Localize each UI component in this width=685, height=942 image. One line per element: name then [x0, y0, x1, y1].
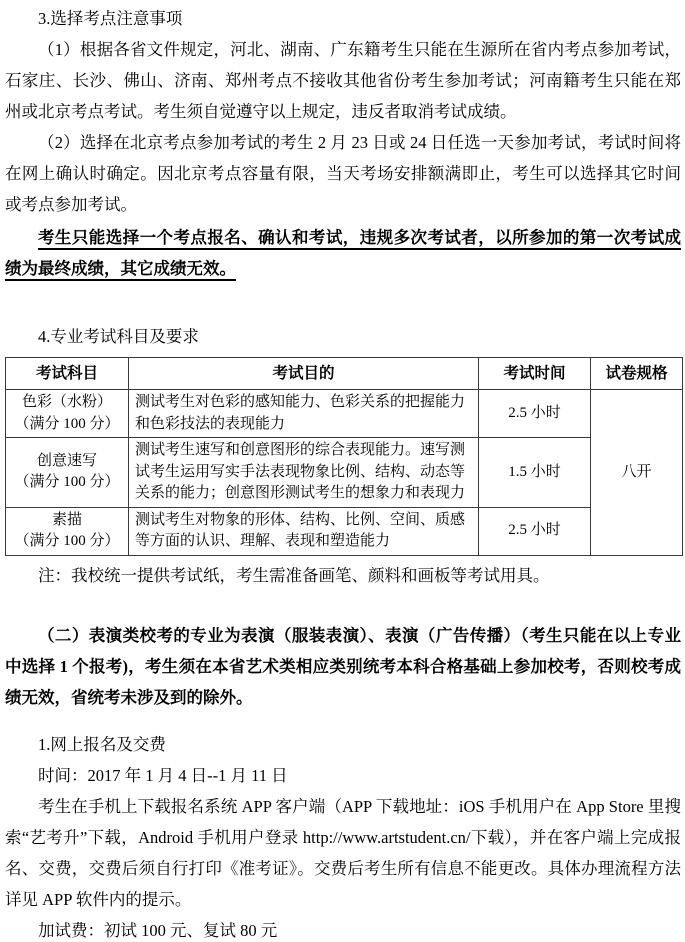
- paragraph-province-rules: （1）根据各省文件规定，河北、湖南、广东籍考生只能在生源所在省内考点参加考试，石…: [5, 34, 681, 127]
- exam-subjects-table: 考试科目 考试目的 考试时间 试卷规格 色彩（水粉） （满分 100 分） 测试…: [5, 357, 683, 556]
- table-row: 素描 （满分 100 分） 测试考生对物象的形体、结构、比例、空间、质感等方面的…: [6, 507, 683, 555]
- duration-cell: 2.5 小时: [479, 507, 591, 555]
- app-download-paragraph: 考生在手机上下载报名系统 APP 客户端（APP 下载地址：iOS 手机用户在 …: [5, 791, 681, 915]
- subject-score: （满分 100 分）: [12, 472, 122, 494]
- paragraph-beijing-site: （2）选择在北京考点参加考试的考生 2 月 23 日或 24 日任选一天参加考试…: [5, 127, 681, 220]
- subject-cell: 素描 （满分 100 分）: [6, 507, 129, 555]
- fee-line: 加试费：初试 100 元、复试 80 元: [5, 915, 681, 942]
- subject-name: 创意速写: [12, 451, 122, 473]
- header-exam-purpose: 考试目的: [129, 358, 479, 390]
- subject-name: 素描: [12, 510, 122, 532]
- header-exam-subject: 考试科目: [6, 358, 129, 390]
- subject-cell: 创意速写 （满分 100 分）: [6, 438, 129, 508]
- purpose-cell: 测试考生对色彩的感知能力、色彩关系的把握能力和色彩技法的表现能力: [129, 390, 479, 438]
- table-header-row: 考试科目 考试目的 考试时间 试卷规格: [6, 358, 683, 390]
- registration-time: 时间：2017 年 1 月 4 日--1 月 11 日: [5, 760, 681, 791]
- section4-heading: 4.专业考试科目及要求: [5, 321, 681, 352]
- section3-heading: 3.选择考点注意事项: [5, 3, 681, 34]
- purpose-cell: 测试考生对物象的形体、结构、比例、空间、质感等方面的认识、理解、表现和塑造能力: [129, 507, 479, 555]
- no-change-bold-segment: 交费后考生所有信息不能更改。: [314, 859, 548, 878]
- section2-performance-paragraph: （二）表演类校考的专业为表演（服装表演）、表演（广告传播）（考生只能在以上专业中…: [5, 620, 681, 713]
- duration-cell: 2.5 小时: [479, 390, 591, 438]
- header-exam-duration: 考试时间: [479, 358, 591, 390]
- purpose-cell: 测试考生速写和创意图形的综合表现能力。速写测试考生运用写实手法表现物象比例、结构…: [129, 438, 479, 508]
- duration-cell: 1.5 小时: [479, 438, 591, 508]
- subject-name: 色彩（水粉）: [12, 392, 122, 414]
- header-paper-size: 试卷规格: [591, 358, 683, 390]
- table-note: 注：我校统一提供考试纸，考生需准备画笔、颜料和画板等考试用具。: [5, 560, 681, 591]
- android-user-bold-segment: Android 手机用户: [138, 828, 265, 847]
- registration-heading: 1.网上报名及交费: [5, 729, 681, 760]
- ios-user-bold-segment: iOS 手机用户: [459, 797, 555, 816]
- table-row: 色彩（水粉） （满分 100 分） 测试考生对色彩的感知能力、色彩关系的把握能力…: [6, 390, 683, 438]
- warning-paragraph: 考生只能选择一个考点报名、确认和考试，违规多次考试者，以所参加的第一次考试成绩为…: [5, 222, 681, 284]
- subject-score: （满分 100 分）: [12, 531, 122, 553]
- table-row: 创意速写 （满分 100 分） 测试考生速写和创意图形的综合表现能力。速写测试考…: [6, 438, 683, 508]
- subject-cell: 色彩（水粉） （满分 100 分）: [6, 390, 129, 438]
- paper-size-cell: 八开: [591, 390, 683, 556]
- app-paragraph-segment: 考生在手机上下载报名系统 APP 客户端（APP 下载地址：: [38, 797, 459, 816]
- subject-score: （满分 100 分）: [12, 414, 122, 436]
- document-page: 3.选择考点注意事项 （1）根据各省文件规定，河北、湖南、广东籍考生只能在生源所…: [0, 0, 685, 942]
